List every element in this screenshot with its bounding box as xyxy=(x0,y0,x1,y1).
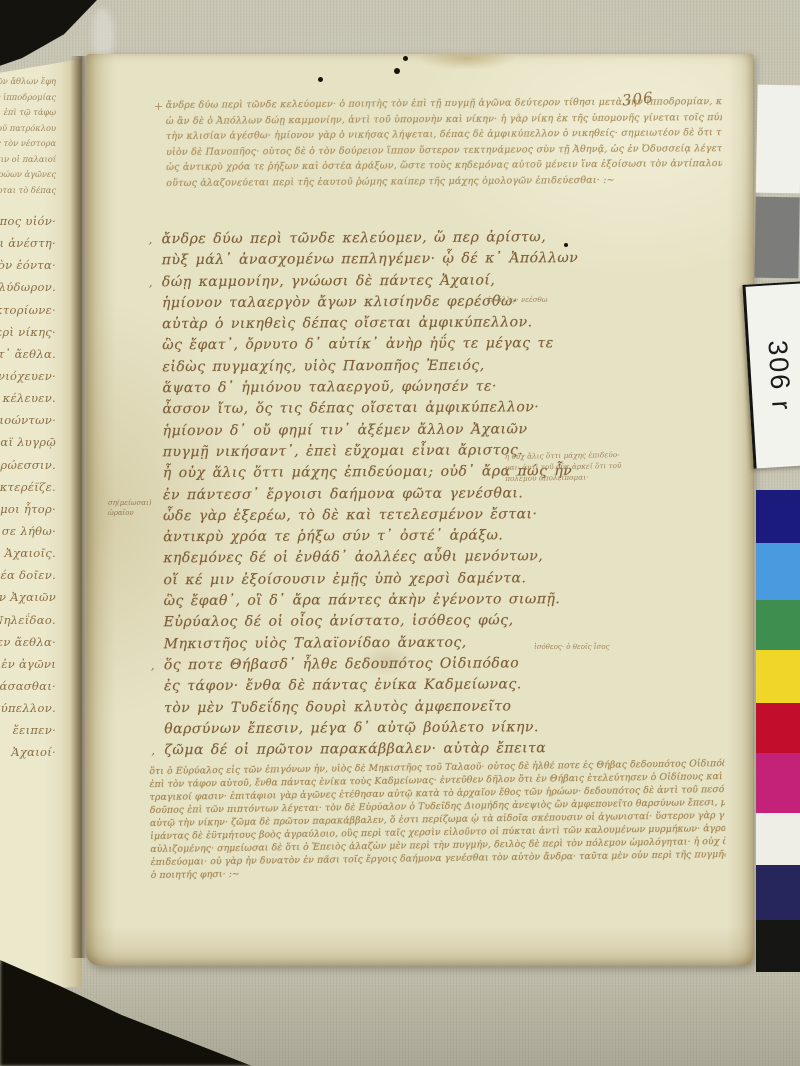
marginal-note-right: ἦ οὐχ ἅλις ὅττι μάχης ἐπιδεύο- μαι· ἀντὶ… xyxy=(505,450,622,484)
facing-scholia-fragment: δίδοται τὸ δέπας xyxy=(0,185,58,201)
facing-verse-fragment: οὐδέ σε λήθω· xyxy=(0,524,58,546)
calibration-patch xyxy=(756,703,800,753)
fragment-text: δαμάσασθαι· xyxy=(0,679,56,693)
fragment-text: ὅμιλον Ἀχαιῶν xyxy=(0,590,56,604)
verse-text: οἵ κέ μιν ἐξοίσουσιν ἐμῇς ὑπὸ χερσὶ δαμέ… xyxy=(163,570,526,588)
facing-verse-fragment: χαίρει δέ μοι ἦτορ· xyxy=(0,502,58,524)
line-initial-mark: ‚ xyxy=(151,659,155,672)
wormhole-dot xyxy=(403,56,408,61)
scholia-bottom-block: ὅτι ὁ Εὐρύαλος εἷς τῶν ἐπιγόνων ἦν, υἱὸς… xyxy=(149,758,726,883)
verse-line: ‚Εὐρύαλος δέ οἱ οἶος ἀνίστατο, ἰσόθεος φ… xyxy=(164,612,634,636)
verse-text: ἆσσον ἴτω, ὅς τις δέπας οἴσεται ἀμφικύπε… xyxy=(163,400,540,418)
wormhole-dot xyxy=(318,77,323,82)
verse-text: Μηκιστῆος υἱὸς Ταλαϊονίδαο ἄνακτος, xyxy=(164,634,467,652)
facing-verse-fragment: μενοεικέα δοῖεν. xyxy=(0,568,58,590)
fragment-text: ἐν ἀγῶνι xyxy=(1,657,56,671)
verse-text: ἡμίονον ταλαεργὸν ἄγων κλισίηνδε φερέσθω… xyxy=(162,293,518,311)
verse-line: ‚ὧδε γὰρ ἐξερέω, τὸ δὲ καὶ τετελεσμένον … xyxy=(163,506,633,530)
marginal-variant-note: ἐν ἄλλῳ· νεέσθω xyxy=(487,295,547,306)
facing-verse-fragment: ἐν ἀγῶνι xyxy=(0,657,58,679)
calibration-patch xyxy=(756,543,800,600)
shelfmark-label: 306 r xyxy=(742,281,800,468)
fragment-text: ἐσθλὸν ἐόντα· xyxy=(0,258,56,272)
verse-text: ὣς ἔφατ᾽, ὄρνυτο δ᾽ αὐτίκ᾽ ἀνὴρ ἠΰς τε μ… xyxy=(162,336,554,354)
verse-text: αὐτὰρ ὁ νικηθεὶς δέπας οἴσεται ἀμφικύπελ… xyxy=(162,314,533,332)
verse-text: ἅψατο δ᾽ ἡμιόνου ταλαεργοῦ, φώνησέν τε· xyxy=(162,379,497,397)
fragment-text: ἔειπεν· xyxy=(13,723,56,737)
fragment-text: μενοεικέα δοῖεν. xyxy=(0,568,56,582)
fragment-text: ἀμφικύπελλον. xyxy=(0,701,56,715)
shelfmark-text: 306 r xyxy=(761,339,796,412)
calibration-patch xyxy=(756,650,800,703)
marginal-note-left: ση(μείωσαι) ὡραῖον xyxy=(108,498,151,518)
fragment-text: θῆκεν ἄεθλα· xyxy=(0,635,56,649)
marginal-note-line: μαι· ἀντὶ τοῦ οὐκ ἀρκεῖ ὅτι τοῦ xyxy=(505,461,622,474)
verse-line: ‚οἵ κέ μιν ἐξοίσουσιν ἐμῇς ὑπὸ χερσὶ δαμ… xyxy=(163,570,633,594)
verse-line: ‚ὅς ποτε Θήβασδ᾽ ἦλθε δεδουπότος Οἰδιπόδ… xyxy=(164,655,634,679)
verse-line: ‚ἡμίονον ταλαεργὸν ἄγων κλισίηνδε φερέσθ… xyxy=(162,293,632,317)
verse-text: δώῃ καμμονίην, γνώωσι δὲ πάντες Ἀχαιοί, xyxy=(162,272,496,290)
facing-verse-fragment: καὶ πολύδωρον. xyxy=(0,280,58,302)
facing-verse-fragment: ἡρώεσσιν. xyxy=(0,458,58,480)
verse-line: ‚αὐτὰρ ὁ νικηθεὶς δέπας οἴσεται ἀμφικύπε… xyxy=(162,314,632,338)
wormhole-dot xyxy=(564,243,568,247)
line-initial-mark: ‚ xyxy=(149,276,153,289)
verse-text: εἰδὼς πυγμαχίης, υἱὸς Πανοπῆος Ἐπειός, xyxy=(162,357,484,375)
fragment-text: Ἤνοπος υἱόν· xyxy=(0,214,56,228)
color-calibration-colors xyxy=(756,490,800,972)
facing-verse-fragment: ἀμφικύπελλον. xyxy=(0,701,58,723)
fragment-text: Ἀκτορίωνε· xyxy=(0,303,56,317)
verse-text: θαρσύνων ἔπεσιν, μέγα δ᾽ αὐτῷ βούλετο νί… xyxy=(164,719,539,737)
fragment-text: ἡνιόχευεν· xyxy=(0,369,56,383)
verse-text: ὣς ἔφαθ᾽, οἳ δ᾽ ἄρα πάντες ἀκὴν ἐγένοντο… xyxy=(164,591,561,609)
verse-text: ὧδε γὰρ ἐξερέω, τὸ δὲ καὶ τετελεσμένον ἔ… xyxy=(163,506,537,524)
facing-verse-fragment: ἔειπεν· xyxy=(0,723,58,745)
verse-line: ‚ἐν πάντεσσ᾽ ἔργοισι δαήμονα φῶτα γενέσθ… xyxy=(163,484,633,508)
wormhole-dot xyxy=(394,68,400,74)
fragment-text: τῶν ἡρώων ἀγῶνες xyxy=(0,169,56,179)
fragment-text: μάστιγι κέλευεν. xyxy=(0,391,56,405)
verse-line: ‚τὸν μὲν Τυδεΐδης δουρὶ κλυτὸς ἀμφεπονεῖ… xyxy=(164,697,634,721)
facing-scholia-fragment: πρὸς τὸν νέστορα xyxy=(0,138,58,154)
verse-line: ‚ὣς ἔφαθ᾽, οἳ δ᾽ ἄρα πάντες ἀκὴν ἐγένοντ… xyxy=(164,591,634,615)
fragment-text: κτερέϊζε. xyxy=(0,480,56,494)
verse-text: ἀντικρὺ χρόα τε ῥήξω σύν τ᾽ ὀστέ᾽ ἀράξω. xyxy=(163,528,503,546)
verse-line: ‚ἡμίονον δ᾽ οὔ φημί τιν᾽ ἀξέμεν ἄλλον Ἀχ… xyxy=(163,420,633,444)
fragment-text: περὶ νίκης· xyxy=(0,325,56,339)
facing-verse-fragment: κτερέϊζε. xyxy=(0,480,58,502)
fragment-text: τῶν ἄθλων ἔφη xyxy=(0,76,56,86)
facing-verse-fragment: δαμάσασθαι· xyxy=(0,679,58,701)
facing-scholia-fragment: τοῦ πατρόκλου xyxy=(0,123,58,139)
calibration-patch xyxy=(756,753,800,813)
facing-verse-fragment: γήραϊ λυγρῷ xyxy=(0,435,58,457)
facing-scholia-fragment: φασιν οἱ παλαιοί xyxy=(0,154,58,170)
fragment-text: πρὸς τὸν νέστορα xyxy=(0,138,56,148)
verse-text: ἡμίονον δ᾽ οὔ φημί τιν᾽ ἀξέμεν ἄλλον Ἀχα… xyxy=(163,421,528,439)
fragment-text: λείπετ᾽ ἄεθλα. xyxy=(0,347,56,361)
verse-line: ‚ἆσσον ἴτω, ὅς τις δέπας οἴσεται ἀμφικύπ… xyxy=(163,399,633,423)
verse-line: ‚δώῃ καμμονίην, γνώωσι δὲ πάντες Ἀχαιοί, xyxy=(162,271,632,295)
verse-line: ‚πὺξ μάλ᾽ ἀνασχομένω πεπληγέμεν· ᾧ δέ κ᾽… xyxy=(162,250,632,274)
fragment-text: χαίρει δέ μοι ἦτορ· xyxy=(0,502,56,516)
verse-line: ‚ἀντικρὺ χρόα τε ῥήξω σύν τ᾽ ὀστέ᾽ ἀράξω… xyxy=(163,527,633,551)
facing-verse-fragment: Ἀχαιοί· xyxy=(0,745,58,767)
fragment-text: οὐδέ σε λήθω· xyxy=(0,524,56,538)
verse-text: ἐν πάντεσσ᾽ ἔργοισι δαήμονα φῶτα γενέσθα… xyxy=(163,485,523,503)
scholia-line: οὕτως ἀλαζονεύεται περὶ τῆς ἑαυτοῦ ῥώμης… xyxy=(166,174,722,193)
facing-scholia-fragment: ἐπὶ τῷ τάφῳ xyxy=(0,107,58,123)
marginal-note-line: πολέμου ἀπολείπομαι· xyxy=(505,472,622,485)
line-initial-mark: ‚ xyxy=(149,233,153,246)
facing-verse-fragment: Ἀκτορίωνε· xyxy=(0,303,58,325)
fragment-text: γήραϊ λυγρῷ xyxy=(0,435,56,449)
verse-line: ‚εἰδὼς πυγμαχίης, υἱὸς Πανοπῆος Ἐπειός, xyxy=(162,357,632,381)
verse-line: ‚θαρσύνων ἔπεσιν, μέγα δ᾽ αὐτῷ βούλετο ν… xyxy=(164,719,634,743)
facing-verse-fragment: μετ᾽ Ἀχαιοῖς. xyxy=(0,546,58,568)
fragment-text: ἀντιοώντων· xyxy=(0,413,56,427)
verse-text: κηδεμόνες δέ οἱ ἐνθάδ᾽ ἀολλέες αὖθι μενό… xyxy=(163,549,543,567)
facing-verse-fragment: ἐσθλὸν ἐόντα· xyxy=(0,258,58,280)
verse-text: πυγμῇ νικήσαντ᾽, ἐπεὶ εὔχομαι εἶναι ἄρισ… xyxy=(163,442,524,460)
verse-text: ζῶμα δέ οἱ πρῶτον παρακάββαλεν· αὐτὰρ ἔπ… xyxy=(164,740,546,758)
calibration-patch xyxy=(756,85,800,194)
fragment-text: μετ᾽ Ἀχαιοῖς. xyxy=(0,546,56,560)
facing-verse-fragment: ὅς μοι ἀνέστη· xyxy=(0,236,58,258)
facing-verse-fragment: Ἤνοπος υἱόν· xyxy=(0,214,58,236)
color-calibration-grayscale xyxy=(754,85,800,279)
fragment-text: ὅς μοι ἀνέστη· xyxy=(0,236,56,250)
calibration-patch xyxy=(756,600,800,650)
fragment-text: φασιν οἱ παλαιοί xyxy=(0,154,56,164)
manuscript-photo: τῶν ἄθλων ἔφητῆς ἱπποδρομίαςἐπὶ τῷ τάφῳτ… xyxy=(0,0,800,1066)
verse-line: ‚κηδεμόνες δέ οἱ ἐνθάδ᾽ ἀολλέες αὖθι μεν… xyxy=(163,548,633,572)
verse-text: ὅς ποτε Θήβασδ᾽ ἦλθε δεδουπότος Οἰδιπόδα… xyxy=(164,655,519,673)
facing-scholia-fragment: τῶν ἄθλων ἔφη xyxy=(0,76,58,92)
scholia-cross-mark: + xyxy=(154,100,163,113)
facing-scholia-fragment: τῶν ἡρώων ἀγῶνες xyxy=(0,169,58,185)
verse-line: ‚ἄνδρε δύω περὶ τῶνδε κελεύομεν, ὥ περ ἀ… xyxy=(162,229,632,253)
verse-text: ἐς τάφον· ἔνθα δὲ πάντας ἐνίκα Καδμείωνα… xyxy=(164,677,522,695)
verse-text: πὺξ μάλ᾽ ἀνασχομένω πεπληγέμεν· ᾧ δέ κ᾽ … xyxy=(162,250,579,268)
calibration-patch xyxy=(756,920,800,972)
facing-page-verse-endings: Ἤνοπος υἱόν·ὅς μοι ἀνέστη·ἐσθλὸν ἐόντα·κ… xyxy=(0,214,58,768)
verse-line: ‚ἐς τάφον· ἔνθα δὲ πάντας ἐνίκα Καδμείων… xyxy=(164,676,634,700)
verse-text: ἄνδρε δύω περὶ τῶνδε κελεύομεν, ὥ περ ἀρ… xyxy=(162,229,547,247)
fragment-text: τοῦ πατρόκλου xyxy=(0,123,56,133)
marginal-gloss: ἰσόθεος· ὁ θεοῖς ἴσος xyxy=(534,642,609,653)
manuscript-page: 306 + ἄνδρε δύω περὶ τῶνδε κελεύομεν· ὁ … xyxy=(86,54,753,966)
calibration-patch xyxy=(754,197,799,279)
calibration-patch xyxy=(756,813,800,865)
calibration-patch xyxy=(756,865,800,920)
verse-text: Εὐρύαλος δέ οἱ οἶος ἀνίστατο, ἰσόθεος φώ… xyxy=(164,613,514,631)
fragment-text: τῆς ἱπποδρομίας xyxy=(0,92,56,102)
calibration-patch xyxy=(756,490,800,543)
fragment-text: δίδοται τὸ δέπας xyxy=(0,185,56,195)
verse-text: τὸν μὲν Τυδεΐδης δουρὶ κλυτὸς ἀμφεπονεῖτ… xyxy=(164,698,511,716)
facing-page-scholia: τῶν ἄθλων ἔφητῆς ἱπποδρομίαςἐπὶ τῷ τάφῳτ… xyxy=(0,76,58,200)
fragment-text: ἐπὶ τῷ τάφῳ xyxy=(3,107,56,117)
facing-verse-fragment: περὶ νίκης· xyxy=(0,325,58,347)
facing-verse-fragment: μάστιγι κέλευεν. xyxy=(0,391,58,413)
fragment-text: ἡρώεσσιν. xyxy=(0,458,56,472)
marginal-note-line: ὡραῖον xyxy=(108,508,151,518)
fragment-text: καὶ πολύδωρον. xyxy=(0,280,56,294)
facing-verse-fragment: θῆκεν ἄεθλα· xyxy=(0,635,58,657)
main-text-block: ‚ἄνδρε δύω περὶ τῶνδε κελεύομεν, ὥ περ ἀ… xyxy=(162,229,635,764)
facing-verse-fragment: ἡνιόχευεν· xyxy=(0,369,58,391)
verse-line: ‚ὣς ἔφατ᾽, ὄρνυτο δ᾽ αὐτίκ᾽ ἀνὴρ ἠΰς τε … xyxy=(162,335,632,359)
fragment-text: Νηλεΐδαο. xyxy=(0,613,56,627)
fragment-text: Ἀχαιοί· xyxy=(11,745,56,759)
facing-verse-fragment: λείπετ᾽ ἄεθλα. xyxy=(0,347,58,369)
line-initial-mark: ‚ xyxy=(151,744,155,757)
facing-verse-fragment: ὅμιλον Ἀχαιῶν xyxy=(0,590,58,612)
scholia-top-block: ἄνδρε δύω περὶ τῶνδε κελεύομεν· ὁ ποιητὴ… xyxy=(166,96,723,193)
facing-verse-fragment: ἀντιοώντων· xyxy=(0,413,58,435)
verse-line: ‚ἅψατο δ᾽ ἡμιόνου ταλαεργοῦ, φώνησέν τε· xyxy=(162,378,632,402)
facing-verse-fragment: Νηλεΐδαο. xyxy=(0,613,58,635)
facing-scholia-fragment: τῆς ἱπποδρομίας xyxy=(0,92,58,108)
marginal-note-line: ση(μείωσαι) xyxy=(108,498,151,508)
